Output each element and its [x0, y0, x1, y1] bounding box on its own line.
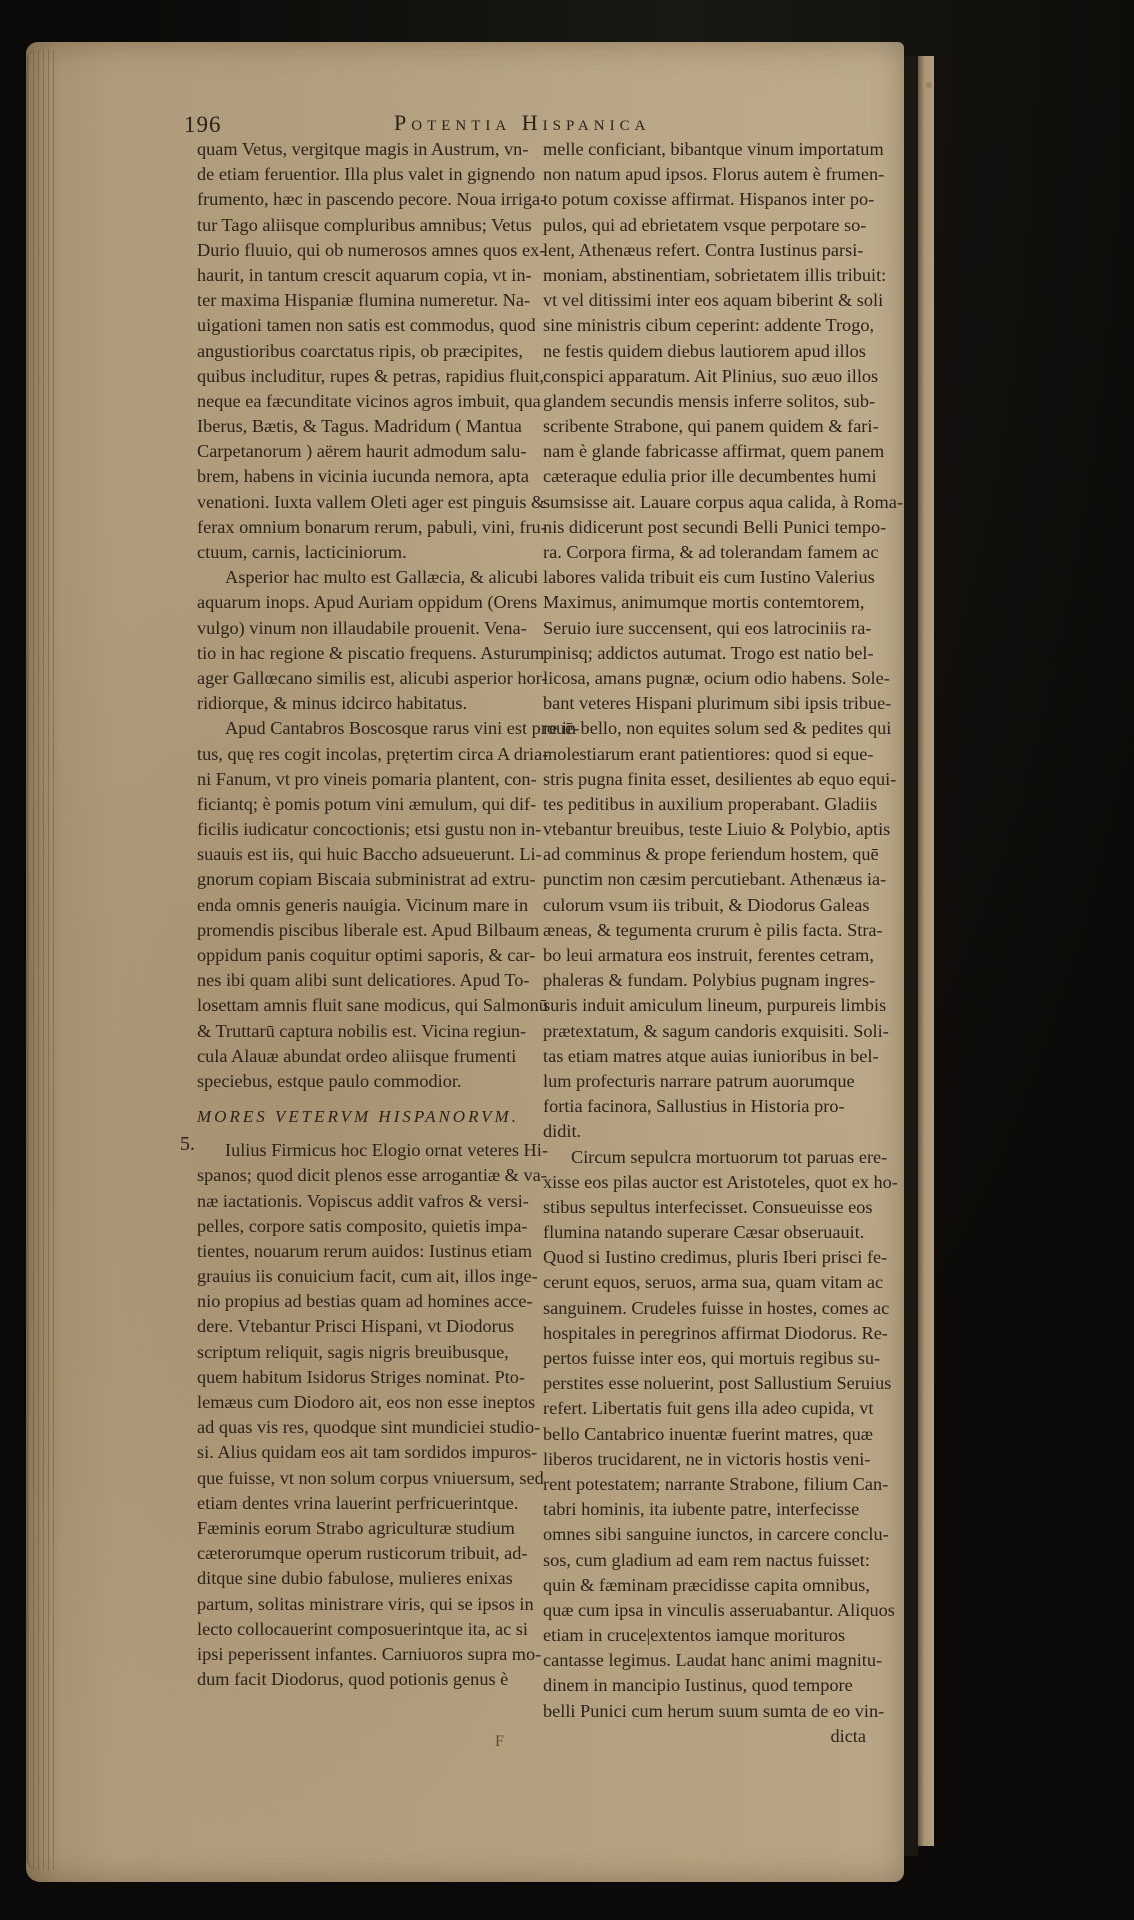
text-line: ter maxima Hispaniæ flumina numeretur. N…: [197, 288, 527, 313]
text-line: phaleras & fundam. Polybius pugnam ingre…: [543, 968, 878, 993]
text-line: ferax omnium bonarum rerum, pabuli, vini…: [197, 515, 527, 540]
text-line: didit.: [543, 1119, 878, 1144]
text-line: bo leui armatura eos instruit, ferentes …: [543, 943, 878, 968]
text-line: scriptum reliquit, sagis nigris breuibus…: [197, 1340, 527, 1365]
text-line: to potum coxisse affirmat. Hispanos inte…: [543, 187, 878, 212]
text-line: enda omnis generis nauigia. Vicinum mare…: [197, 893, 527, 918]
text-line: nio propius ad bestias quam ad homines a…: [197, 1289, 527, 1314]
text-line: ne festis quidem diebus lautiorem apud i…: [543, 339, 878, 364]
text-line: pulos, qui ad ebrietatem vsque perpotare…: [543, 213, 878, 238]
text-line: rent potestatem; narrante Strabone, fili…: [543, 1472, 878, 1497]
text-line: refert. Libertatis fuit gens illa adeo c…: [543, 1396, 878, 1421]
page-header: 196 Potentia Hispanica: [184, 110, 874, 140]
text-line: Seruio iure succensent, qui eos latrocin…: [543, 616, 878, 641]
text-line: Apud Cantabros Boscosque rarus vini est …: [197, 716, 527, 741]
text-line: ad quas vis res, quodque sint mundiciei …: [197, 1415, 527, 1440]
text-line: suauis est iis, qui huic Baccho adsueuer…: [197, 842, 527, 867]
text-line: tus, quę res cogit incolas, prętertim ci…: [197, 742, 527, 767]
text-line: ridiorque, & minus idcirco habitatus.: [197, 691, 527, 716]
text-line: Durio fluuio, qui ob numerosos amnes quo…: [197, 238, 527, 263]
text-line: speciebus, estque paulo commodior.: [197, 1069, 527, 1094]
text-line: tur Tago aliisque compluribus amnibus; V…: [197, 213, 527, 238]
text-line: ficilis iudicatur concoctionis; etsi gus…: [197, 817, 527, 842]
text-line: Fæminis eorum Strabo agriculturæ studium: [197, 1516, 527, 1541]
text-line: brem, habens in vicinia iucunda nemora, …: [197, 464, 527, 489]
right-column: melle conficiant, bibantque vinum import…: [543, 137, 878, 1749]
text-line: liberos trucidarent, ne in victoris host…: [543, 1447, 878, 1472]
paragraph-sepulcra: Circum sepulcra mortuorum tot paruas ere…: [543, 1145, 878, 1750]
paragraph-cantabri: Apud Cantabros Boscosque rarus vini est …: [197, 716, 527, 1094]
text-line: ad comminus & prope feriendum hostem, qu…: [543, 842, 878, 867]
page-fore-edge: [26, 50, 56, 1870]
text-line: uigationi tamen non satis est commodus, …: [197, 313, 527, 338]
text-line: flumina natando superare Cæsar obseruaui…: [543, 1220, 878, 1245]
text-line: quibus includitur, rupes & petras, rapid…: [197, 364, 527, 389]
text-line: ager Gallœcano similis est, alicubi aspe…: [197, 666, 527, 691]
text-line: promendis piscibus liberale est. Apud Bi…: [197, 918, 527, 943]
text-line: Asperior hac multo est Gallæcia, & alicu…: [197, 565, 527, 590]
text-line: angustioribus coarctatus ripis, ob præci…: [197, 339, 527, 364]
paper-spot: [926, 82, 932, 88]
text-line: lemæus cum Diodoro ait, eos non esse ine…: [197, 1390, 527, 1415]
text-line: aquarum inops. Apud Auriam oppidum (Oren…: [197, 590, 527, 615]
catchword: dicta: [543, 1724, 878, 1749]
text-line: etiam in cruce|extentos iamque morituros: [543, 1623, 878, 1648]
text-line: vt vel ditissimi inter eos aquam biberin…: [543, 288, 878, 313]
text-line: quæ cum ipsa in vinculis asseruabantur. …: [543, 1598, 878, 1623]
text-line: frumento, hæc in pascendo pecore. Noua i…: [197, 187, 527, 212]
text-line: ra. Corpora firma, & ad tolerandam famem…: [543, 540, 878, 565]
text-line: cerunt equos, seruos, arma sua, quam vit…: [543, 1270, 878, 1295]
text-line: venationi. Iuxta vallem Oleti ager est p…: [197, 490, 527, 515]
text-line: de etiam feruentior. Illa plus valet in …: [197, 162, 527, 187]
text-line: culorum vsum iis tribuit, & Diodorus Gal…: [543, 893, 878, 918]
section-number: 5.: [180, 1133, 195, 1156]
text-line: tio in hac regione & piscatio frequens. …: [197, 641, 527, 666]
text-line: cæteraque edulia prior ille decumbentes …: [543, 464, 878, 489]
text-line: nes ibi quam alibi sunt delicatiores. Ap…: [197, 968, 527, 993]
text-line: cantasse legimus. Laudat hanc animi magn…: [543, 1648, 878, 1673]
text-line: tabri hominis, ita iubente patre, interf…: [543, 1497, 878, 1522]
left-column: quam Vetus, vergitque magis in Austrum, …: [197, 137, 527, 1692]
text-line: dum facit Diodorus, quod potionis genus …: [197, 1667, 527, 1692]
text-line: cæterorumque operum rusticorum tribuit, …: [197, 1541, 527, 1566]
text-line: non natum apud ipsos. Florus autem è fru…: [543, 162, 878, 187]
text-line: Maximus, animumque mortis contemtorem,: [543, 590, 878, 615]
text-line: gnorum copiam Biscaia subministrat ad ex…: [197, 867, 527, 892]
text-line: ni Fanum, vt pro vineis pomaria plantent…: [197, 767, 527, 792]
text-line: lum profecturis narrare patrum auorumque: [543, 1069, 878, 1094]
text-line: ditque sine dubio fabulose, mulieres eni…: [197, 1566, 527, 1591]
section-heading: MORES VETERVM HISPANORVM.: [197, 1104, 527, 1138]
text-line: prætextatum, & sagum candoris exquisiti.…: [543, 1019, 878, 1044]
text-line: conspici apparatum. Ait Plinius, suo æuo…: [543, 364, 878, 389]
text-line: lent, Athenæus refert. Contra Iustinus p…: [543, 238, 878, 263]
text-line: nam è glande fabricasse affirmat, quem p…: [543, 439, 878, 464]
text-line: quam Vetus, vergitque magis in Austrum, …: [197, 137, 527, 162]
text-line: etiam dentes vrina lauerint perfricuerin…: [197, 1491, 527, 1516]
text-line: pelles, corpore satis composito, quietis…: [197, 1214, 527, 1239]
text-line: oppidum panis coquitur optimi saporis, &…: [197, 943, 527, 968]
text-line: Carpetanorum ) aërem haurit admodum salu…: [197, 439, 527, 464]
text-line: melle conficiant, bibantque vinum import…: [543, 137, 878, 162]
text-line: vtebantur breuibus, teste Liuio & Polybi…: [543, 817, 878, 842]
text-line: partum, solitas ministrare viris, qui se…: [197, 1592, 527, 1617]
text-line: pertos fuisse inter eos, qui mortuis reg…: [543, 1346, 878, 1371]
text-line: re in bello, non equites solum sed & ped…: [543, 716, 878, 741]
text-line: Iberus, Bætis, & Tagus. Madridum ( Mantu…: [197, 414, 527, 439]
text-line: spanos; quod dicit plenos esse arroganti…: [197, 1163, 527, 1188]
text-line: neque ea fæcunditate vicinos agros imbui…: [197, 389, 527, 414]
text-line: dere. Vtebantur Prisci Hispani, vt Diodo…: [197, 1314, 527, 1339]
text-line: stris pugna finita esset, desilientes ab…: [543, 767, 878, 792]
text-line: lecto collocauerint composuerintque ita,…: [197, 1617, 527, 1642]
text-line: quin & fæminam præcidisse capita omnibus…: [543, 1573, 878, 1598]
text-line: Circum sepulcra mortuorum tot paruas ere…: [543, 1145, 878, 1170]
text-line: punctim non cæsim percutiebant. Athenæus…: [543, 867, 878, 892]
text-line: nis didicerunt post secundi Belli Punici…: [543, 515, 878, 540]
paragraph-customs: melle conficiant, bibantque vinum import…: [543, 137, 878, 1145]
page-number: 196: [184, 112, 222, 138]
text-line: cula Alauæ abundat ordeo aliisque frumen…: [197, 1044, 527, 1069]
text-line: grauius iis conuicium facit, cum ait, il…: [197, 1264, 527, 1289]
text-line: scribente Strabone, qui panem quidem & f…: [543, 414, 878, 439]
text-line: labores valida tribuit eis cum Iustino V…: [543, 565, 878, 590]
text-line: ficiantq; è pomis potum vini æmulum, qui…: [197, 792, 527, 817]
text-line: haurit, in tantum crescit aquarum copia,…: [197, 263, 527, 288]
text-line: licosa, amans pugnæ, ocium odio habens. …: [543, 666, 878, 691]
text-line: næ iactationis. Vopiscus addit vafros & …: [197, 1189, 527, 1214]
text-line: Iulius Firmicus hoc Elogio ornat veteres…: [197, 1138, 527, 1163]
text-line: Quod si Iustino credimus, pluris Iberi p…: [543, 1245, 878, 1270]
paragraph-mores: Iulius Firmicus hoc Elogio ornat veteres…: [197, 1138, 527, 1692]
text-line: stibus sepultus interfecisset. Consueuis…: [543, 1195, 878, 1220]
text-line: tes peditibus in auxilium properabant. G…: [543, 792, 878, 817]
text-line: perstites esse noluerint, post Sallustiu…: [543, 1371, 878, 1396]
text-line: bant veteres Hispani plurimum sibi ipsis…: [543, 691, 878, 716]
text-line: molestiarum erant patientiores: quod si …: [543, 742, 878, 767]
text-line: dinem in mancipio Iustinus, quod tempore: [543, 1673, 878, 1698]
text-line: vulgo) vinum non illaudabile prouenit. V…: [197, 616, 527, 641]
text-line: fortia facinora, Sallustius in Historia …: [543, 1094, 878, 1119]
text-line: sine ministris cibum ceperint: addente T…: [543, 313, 878, 338]
text-line: tientes, nouarum rerum auidos: Iustinus …: [197, 1239, 527, 1264]
text-line: sanguinem. Crudeles fuisse in hostes, co…: [543, 1296, 878, 1321]
paragraph-gallaecia: Asperior hac multo est Gallæcia, & alicu…: [197, 565, 527, 716]
text-line: omnes sibi sanguine iunctos, in carcere …: [543, 1522, 878, 1547]
signature-mark: F: [495, 1733, 504, 1751]
text-line: si. Alius quidam eos ait tam sordidos im…: [197, 1440, 527, 1465]
text-line: moniam, abstinentiam, sobrietatem illis …: [543, 263, 878, 288]
text-line: belli Punici cum herum suum sumta de eo …: [543, 1699, 878, 1724]
text-line: bello Cantabrico inuentæ fuerint matres,…: [543, 1422, 878, 1447]
text-line: ipsi peperissent infantes. Carniuoros su…: [197, 1642, 527, 1667]
text-line: glandem secundis mensis inferre solitos,…: [543, 389, 878, 414]
text-line: xisse eos pilas auctor est Aristoteles, …: [543, 1170, 878, 1195]
text-line: quem habitum Isidorus Striges nominat. P…: [197, 1365, 527, 1390]
text-line: tas etiam matres atque auias iunioribus …: [543, 1044, 878, 1069]
paragraph-rivers: quam Vetus, vergitque magis in Austrum, …: [197, 137, 527, 565]
text-line: & Truttarū captura nobilis est. Vicina r…: [197, 1019, 527, 1044]
text-line: hospitales in peregrinos affirmat Diodor…: [543, 1321, 878, 1346]
text-line: æneas, & tegumenta crurum è pilis facta.…: [543, 918, 878, 943]
text-line: ctuum, carnis, lacticiniorum.: [197, 540, 527, 565]
text-line: que fuisse, vt non solum corpus vniuersu…: [197, 1466, 527, 1491]
text-line: pinisq; addictos autumat. Trogo est nati…: [543, 641, 878, 666]
text-line: losettam amnis fluit sane modicus, qui S…: [197, 993, 527, 1018]
gutter-shadow: [904, 56, 918, 1856]
text-line: sos, cum gladium ad eam rem nactus fuiss…: [543, 1548, 878, 1573]
text-line: sumsisse ait. Lauare corpus aqua calida,…: [543, 490, 878, 515]
text-line: suris induit amiculum lineum, purpureis …: [543, 993, 878, 1018]
next-page-edge: [918, 56, 934, 1846]
running-title: Potentia Hispanica: [394, 110, 650, 136]
